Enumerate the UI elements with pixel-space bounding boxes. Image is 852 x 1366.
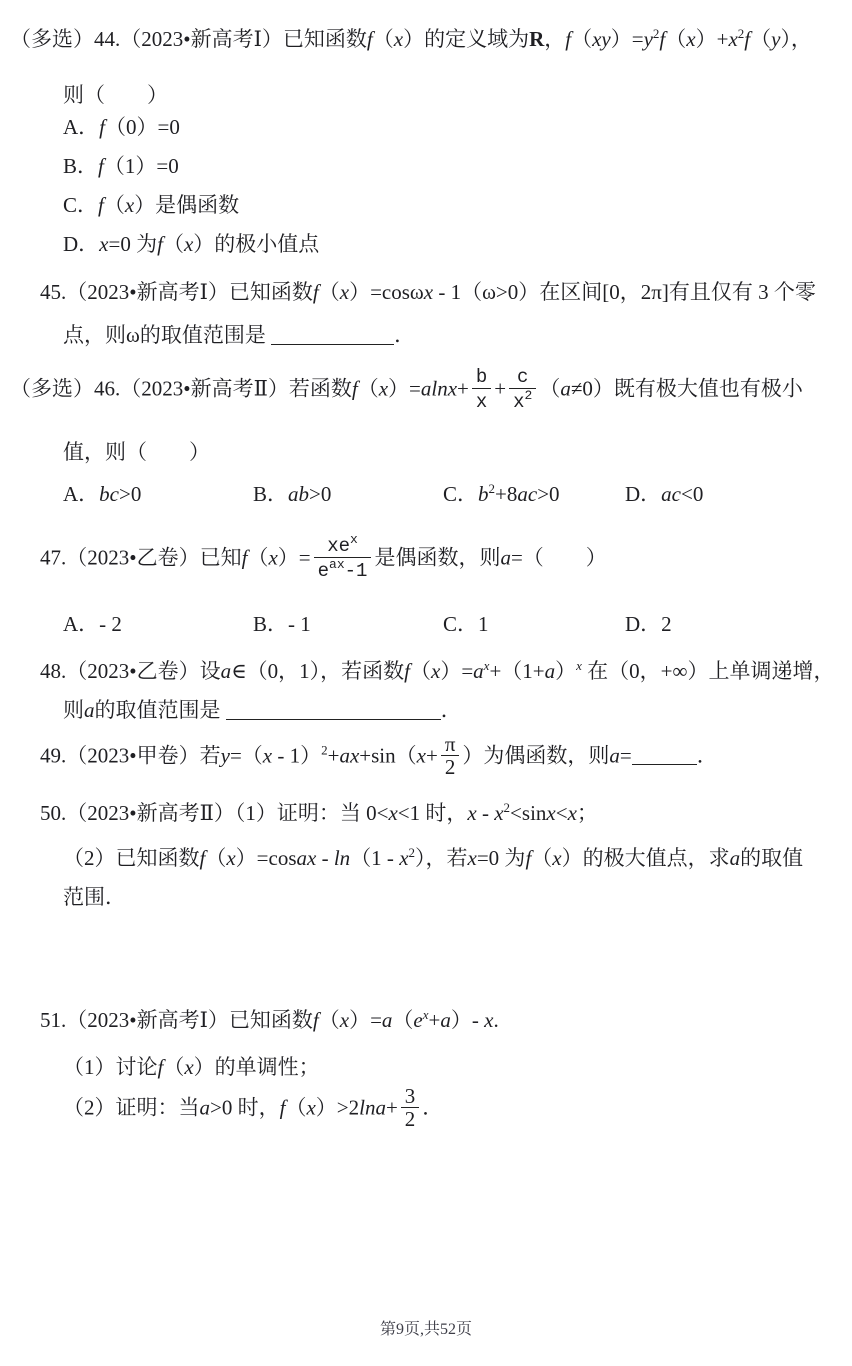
fraction-denominator: eax-1 — [314, 558, 372, 582]
text-segment: ）的定义域为 — [403, 27, 529, 51]
text-segment: ≠0）既有极大值也有极小 — [571, 376, 803, 400]
text-segment: >0 — [309, 482, 331, 506]
text-segment: x — [350, 532, 358, 547]
text-segment: 45.（2023•新高考Ⅰ）已知函数 — [40, 280, 313, 304]
fraction-denominator: 2 — [401, 1108, 420, 1130]
text-segment: + — [494, 376, 506, 400]
text-segment: x — [513, 391, 524, 413]
q46-line-1: （多选）46.（2023•新高考Ⅱ）若函数f（x）=alnx+bx+cx2（a≠… — [10, 366, 852, 415]
text-segment: 2 — [525, 388, 533, 403]
text-segment: + — [429, 1008, 441, 1032]
text-segment: A． — [63, 482, 99, 506]
text-segment: ）的极小值点 — [193, 232, 319, 256]
text-segment: x — [388, 801, 397, 825]
text-segment: R — [529, 27, 544, 51]
text-segment: - — [477, 801, 495, 825]
q44-option-b: B．f（1）=0 — [63, 151, 852, 181]
text-segment: （2）证明：当 — [63, 1095, 200, 1119]
q44-option-a: A．f（0）=0 — [63, 112, 852, 142]
q50-line-1: 50.（2023•新高考Ⅱ）（1）证明：当 0<x<1 时，x - x2<sin… — [40, 798, 852, 828]
q46-line-2: 值，则（ ） — [63, 437, 852, 467]
text-segment: 51.（2023•新高考Ⅰ）已知函数 — [40, 1008, 313, 1032]
text-segment: = — [620, 743, 632, 767]
text-segment: （ — [163, 1055, 184, 1079]
text-segment: <1 时， — [398, 801, 468, 825]
text-segment: - — [316, 846, 334, 870]
text-segment: a — [560, 376, 571, 400]
text-segment: ax — [329, 557, 345, 572]
text-segment: x — [340, 1008, 349, 1032]
q45-line-2: 点，则ω的取值范围是 ． — [63, 320, 852, 350]
text-segment: <0 — [681, 482, 703, 506]
text-segment: x — [379, 376, 388, 400]
text-segment: （1）=0 — [104, 154, 179, 178]
fraction: bx — [472, 364, 491, 413]
text-segment: C．1 — [443, 612, 489, 636]
text-segment: ax — [339, 743, 359, 767]
text-segment: （ — [247, 545, 268, 569]
text-segment: x — [494, 801, 503, 825]
answer-blank — [271, 328, 394, 345]
option-cell: D．ac<0 — [625, 479, 703, 509]
text-segment: a — [473, 659, 484, 683]
text-segment: （ — [285, 1095, 306, 1119]
text-segment: ）= — [349, 1008, 382, 1032]
q45-line-1: 45.（2023•新高考Ⅰ）已知函数f（x）=cosωx - 1（ω>0）在区间… — [40, 277, 852, 307]
text-segment: a — [500, 545, 511, 569]
text-segment: y — [644, 27, 653, 51]
text-segment: π — [445, 732, 456, 756]
text-segment: （多选）46.（2023•新高考Ⅱ）若函数 — [10, 376, 352, 400]
text-segment: （ — [358, 376, 379, 400]
text-segment: x — [306, 1095, 315, 1119]
text-segment: ）- — [451, 1008, 484, 1032]
text-segment: （1 - — [350, 846, 399, 870]
text-segment: ）= — [278, 545, 311, 569]
text-segment: x — [99, 232, 108, 256]
q49-line-1: 49.（2023•甲卷）若y=（x - 1）2+ax+sin（x+π2）为偶函数… — [40, 735, 852, 780]
text-segment: ）是偶函数 — [134, 193, 239, 217]
text-segment: x — [467, 801, 476, 825]
q48-line-2: 则a的取值范围是 ． — [63, 695, 852, 725]
fraction-denominator: x — [472, 389, 491, 413]
fraction-numerator: xex — [314, 533, 372, 558]
option-cell: D．2 — [625, 609, 672, 639]
text-segment: x — [268, 545, 277, 569]
text-segment: x — [340, 280, 349, 304]
text-segment: （多选）44.（2023•新高考Ⅰ）已知函数 — [10, 27, 367, 51]
text-segment: 2 — [405, 1107, 416, 1131]
fraction-numerator: π — [441, 733, 460, 756]
text-segment: B． — [253, 482, 288, 506]
fraction: π2 — [441, 733, 460, 778]
text-segment: a — [84, 698, 95, 722]
text-segment: （ — [531, 846, 552, 870]
text-segment: （ — [319, 1008, 340, 1032]
option-cell: B．- 1 — [253, 609, 443, 639]
text-segment: +sin（ — [359, 743, 416, 767]
text-segment: 48.（2023•乙卷）设 — [40, 659, 221, 683]
text-segment: （ — [104, 193, 125, 217]
text-segment: （2）已知函数 — [63, 846, 200, 870]
text-segment: x — [125, 193, 134, 217]
q51-line-1: 51.（2023•新高考Ⅰ）已知函数f（x）=a（ex+a）- x. — [40, 1005, 852, 1035]
text-segment: x — [476, 391, 487, 413]
text-segment: ． — [441, 698, 462, 722]
text-segment: x — [394, 27, 403, 51]
text-segment: ）= — [388, 376, 421, 400]
q50-line-3: 范围． — [63, 882, 852, 912]
option-cell: C．1 — [443, 609, 625, 639]
text-segment: +（1+ — [489, 659, 544, 683]
text-segment: +8 — [495, 482, 517, 506]
text-segment: ）= — [611, 27, 644, 51]
text-segment: ）， — [780, 27, 812, 51]
text-segment: + — [386, 1095, 398, 1119]
text-segment: （ — [163, 232, 184, 256]
text-segment: ）=cos — [236, 846, 297, 870]
text-segment: （ — [539, 376, 560, 400]
text-segment: A． — [63, 115, 99, 139]
text-segment: =（ ） — [511, 545, 607, 569]
text-segment: ）=cosω — [349, 280, 424, 304]
text-segment: ）的极大值点，求 — [562, 846, 730, 870]
q51-line-2: （1）讨论f（x）的单调性； — [63, 1052, 852, 1082]
answer-blank — [226, 703, 441, 720]
text-segment: （ — [205, 846, 226, 870]
text-segment: 则（ ） — [63, 83, 168, 107]
text-segment: ． — [394, 323, 415, 347]
text-segment: ， — [544, 27, 565, 51]
text-segment: ） — [555, 659, 576, 683]
text-segment: x — [728, 27, 737, 51]
text-segment: b — [478, 482, 489, 506]
text-segment: x — [399, 846, 408, 870]
text-segment: + — [457, 376, 469, 400]
text-segment: ）>2 — [316, 1095, 359, 1119]
text-segment: a — [545, 659, 556, 683]
text-segment: x — [468, 846, 477, 870]
fraction: xexeax-1 — [314, 533, 372, 582]
text-segment: . — [493, 1008, 498, 1032]
text-segment: ． — [422, 1095, 443, 1119]
text-segment: x — [546, 801, 555, 825]
text-segment: x — [184, 232, 193, 256]
text-segment: < — [556, 801, 568, 825]
text-segment: + — [328, 743, 340, 767]
text-segment: 的取值 — [740, 846, 803, 870]
text-segment: 的取值范围是 — [95, 698, 226, 722]
text-segment: （ — [392, 1008, 413, 1032]
text-segment: 点，则ω的取值范围是 — [63, 323, 271, 347]
text-segment: （ — [319, 280, 340, 304]
text-segment: ． — [697, 743, 718, 767]
text-segment: lna — [359, 1095, 386, 1119]
text-segment: ln — [334, 846, 350, 870]
text-segment: ab — [288, 482, 309, 506]
q51-line-3: （2）证明：当a>0 时，f（x）>2lna+32． — [63, 1087, 852, 1132]
text-segment: x — [568, 801, 577, 825]
text-segment: （0）=0 — [105, 115, 180, 139]
text-segment: ）= — [440, 659, 473, 683]
text-segment: （ — [571, 27, 592, 51]
q44-option-c: C．f（x）是偶函数 — [63, 190, 852, 220]
text-segment: B． — [63, 154, 98, 178]
text-segment: a — [382, 1008, 393, 1032]
text-segment: e — [413, 1008, 422, 1032]
text-segment: x — [686, 27, 695, 51]
page-footer: 第9页,共52页 — [0, 1316, 852, 1339]
text-segment: >0 — [119, 482, 141, 506]
text-segment: xy — [592, 27, 611, 51]
text-segment: x — [417, 743, 426, 767]
text-segment: a — [440, 1008, 451, 1032]
document-body: （多选）44.（2023•新高考Ⅰ）已知函数f（x）的定义域为R，f（xy）=y… — [0, 0, 852, 1132]
q47-options: A．- 2B．- 1C．1D．2 — [63, 609, 852, 639]
option-cell: A．bc>0 — [63, 479, 253, 509]
text-segment: a — [200, 1095, 211, 1119]
text-segment: - 1（ω>0）在区间[0，2π]有且仅有 3 个零 — [433, 280, 816, 304]
option-cell: C．b2+8ac>0 — [443, 479, 625, 509]
fraction-numerator: 3 — [401, 1085, 420, 1108]
fraction-numerator: c — [509, 364, 536, 389]
text-segment: a — [609, 743, 620, 767]
text-segment: + — [426, 743, 438, 767]
option-cell: B．ab>0 — [253, 479, 443, 509]
text-segment: a — [730, 846, 741, 870]
text-segment: ac — [661, 482, 681, 506]
text-segment: x — [424, 280, 433, 304]
text-segment: a — [221, 659, 232, 683]
text-segment: 是偶函数，则 — [374, 545, 500, 569]
text-segment: 值，则（ ） — [63, 440, 210, 464]
text-segment: ac — [517, 482, 537, 506]
text-segment: =0 为 — [109, 232, 158, 256]
text-segment: ∈（0，1），若函数 — [231, 659, 404, 683]
text-segment: alnx — [421, 376, 457, 400]
text-segment: C． — [443, 482, 478, 506]
text-segment: 47.（2023•乙卷）已知 — [40, 545, 242, 569]
text-segment: - 1） — [272, 743, 321, 767]
text-segment: x — [226, 846, 235, 870]
fraction: cx2 — [509, 364, 536, 413]
q44-line-2: 则（ ） — [63, 80, 852, 110]
text-segment: y — [221, 743, 230, 767]
text-segment: D．2 — [625, 612, 672, 636]
text-segment: ）+ — [696, 27, 729, 51]
text-segment: （ — [750, 27, 771, 51]
text-segment: D． — [63, 232, 99, 256]
text-segment: 则 — [63, 698, 84, 722]
text-segment: x — [431, 659, 440, 683]
q48-line-1: 48.（2023•乙卷）设a∈（0，1），若函数f（x）=ax+（1+a）x 在… — [40, 656, 852, 686]
option-cell: A．- 2 — [63, 609, 253, 639]
text-segment: B．- 1 — [253, 612, 311, 636]
text-segment: =0 为 — [477, 846, 526, 870]
answer-blank — [632, 748, 697, 765]
text-segment: -1 — [345, 560, 368, 582]
text-segment: c — [517, 366, 528, 388]
text-segment: b — [476, 366, 487, 388]
text-segment: （ — [665, 27, 686, 51]
text-segment: （1）讨论 — [63, 1055, 158, 1079]
text-segment: 2 — [445, 755, 456, 779]
text-segment: （ — [410, 659, 431, 683]
fraction-denominator: 2 — [441, 756, 460, 778]
text-segment: <sin — [510, 801, 546, 825]
text-segment: D． — [625, 482, 661, 506]
text-segment: ； — [577, 801, 598, 825]
q44-option-d: D．x=0 为f（x）的极小值点 — [63, 229, 852, 259]
text-segment: 在（0，+∞）上单调递增， — [582, 659, 835, 683]
text-segment: bc — [99, 482, 119, 506]
document-page: （多选）44.（2023•新高考Ⅰ）已知函数f（x）的定义域为R，f（xy）=y… — [0, 0, 852, 1132]
text-segment: A．- 2 — [63, 612, 122, 636]
text-segment: ）为偶函数，则 — [462, 743, 609, 767]
text-segment: （ — [373, 27, 394, 51]
text-segment: 范围． — [63, 885, 126, 909]
text-segment: 49.（2023•甲卷）若 — [40, 743, 221, 767]
text-segment: 3 — [405, 1084, 416, 1108]
text-segment: xe — [327, 535, 350, 557]
text-segment: >0 — [537, 482, 559, 506]
fraction-numerator: b — [472, 364, 491, 389]
text-segment: ）的单调性； — [194, 1055, 320, 1079]
text-segment: ），若 — [415, 846, 468, 870]
q44-line-1: （多选）44.（2023•新高考Ⅰ）已知函数f（x）的定义域为R，f（xy）=y… — [10, 24, 852, 54]
text-segment: C． — [63, 193, 98, 217]
q47-line-1: 47.（2023•乙卷）已知f（x）=xexeax-1是偶函数，则a=（ ） — [40, 535, 852, 584]
q46-options: A．bc>0B．ab>0C．b2+8ac>0D．ac<0 — [63, 479, 852, 509]
text-segment: e — [318, 560, 329, 582]
fraction-denominator: x2 — [509, 389, 536, 413]
text-segment: =（ — [230, 743, 263, 767]
text-segment: >0 时， — [210, 1095, 280, 1119]
text-segment: 50.（2023•新高考Ⅱ）（1）证明：当 0< — [40, 801, 388, 825]
text-segment: x — [184, 1055, 193, 1079]
q50-line-2: （2）已知函数f（x）=cosax - ln（1 - x2），若x=0 为f（x… — [63, 843, 852, 873]
fraction: 32 — [401, 1085, 420, 1130]
text-segment: x — [263, 743, 272, 767]
text-segment: ax — [297, 846, 317, 870]
text-segment: x — [552, 846, 561, 870]
